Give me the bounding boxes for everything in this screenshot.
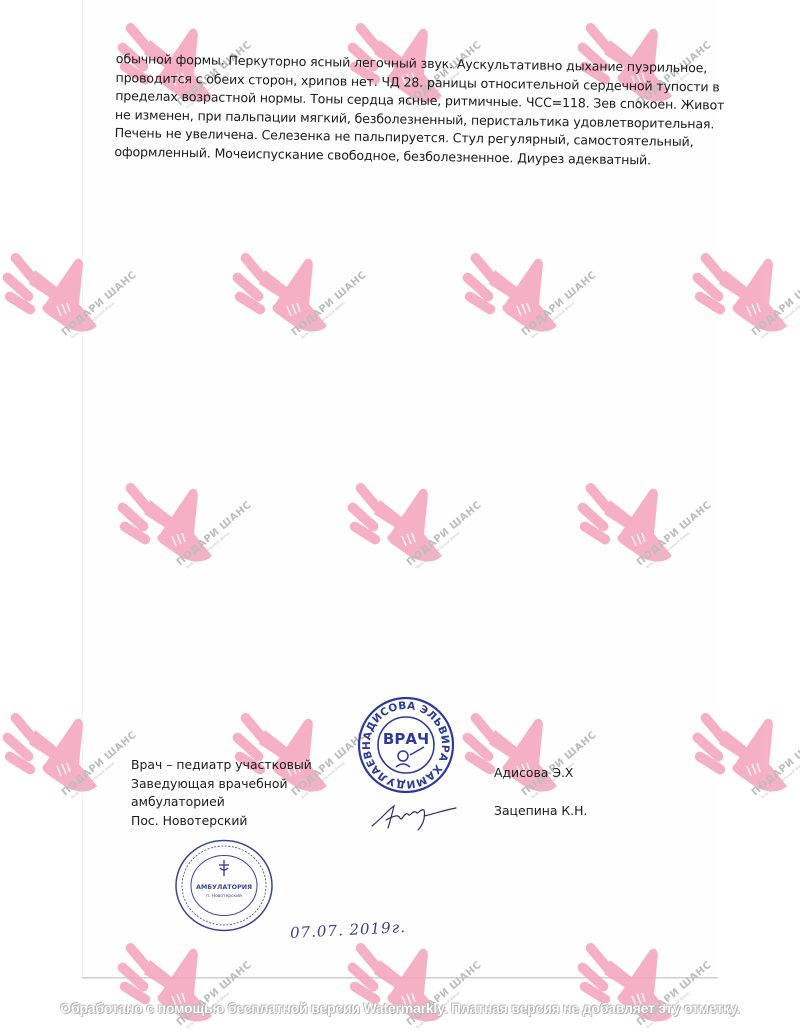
title-line: амбулаторией [131,793,312,812]
clinic-stamp: АМБУЛАТОРИЯ п. Новотерский [174,838,274,933]
title-line: Врач – педиатр участковый [131,756,312,775]
signatory-name-doctor: Адисова Э.Х [494,765,573,780]
svg-text:п. Новотерский: п. Новотерский [206,892,242,899]
doctor-stamp: АДИСОВА ЭЛЬВИРА ХАМИДУЛАЕВНА ВРАЧ [356,695,456,795]
svg-text:ПОДАРИ ШАНС: ПОДАРИ ШАНС [750,269,800,338]
svg-text:ПОДАРИ ШАНС: ПОДАРИ ШАНС [750,729,800,798]
svg-text:АМБУЛАТОРИЯ: АМБУЛАТОРИЯ [196,883,252,891]
title-line: Пос. Новотерский [131,812,312,831]
page-edge [82,0,83,977]
medical-exam-text: обычной формы. Перкуторно ясный легочный… [114,50,676,170]
svg-text:ВРАЧ: ВРАЧ [383,730,429,748]
title-line: Заведующая врачебной [131,775,312,794]
handwritten-signature [368,800,458,832]
watermarkly-notice: Обработано с помощью бесплатной версии W… [0,1000,800,1016]
signatory-name-head: Зацепина К.Н. [494,803,587,818]
svg-text:благотворительный фонд: благотворительный фонд [760,760,800,799]
svg-text:благотворительный фонд: благотворительный фонд [760,300,800,339]
signatory-titles: Врач – педиатр участковый Заведующая вра… [131,756,312,830]
